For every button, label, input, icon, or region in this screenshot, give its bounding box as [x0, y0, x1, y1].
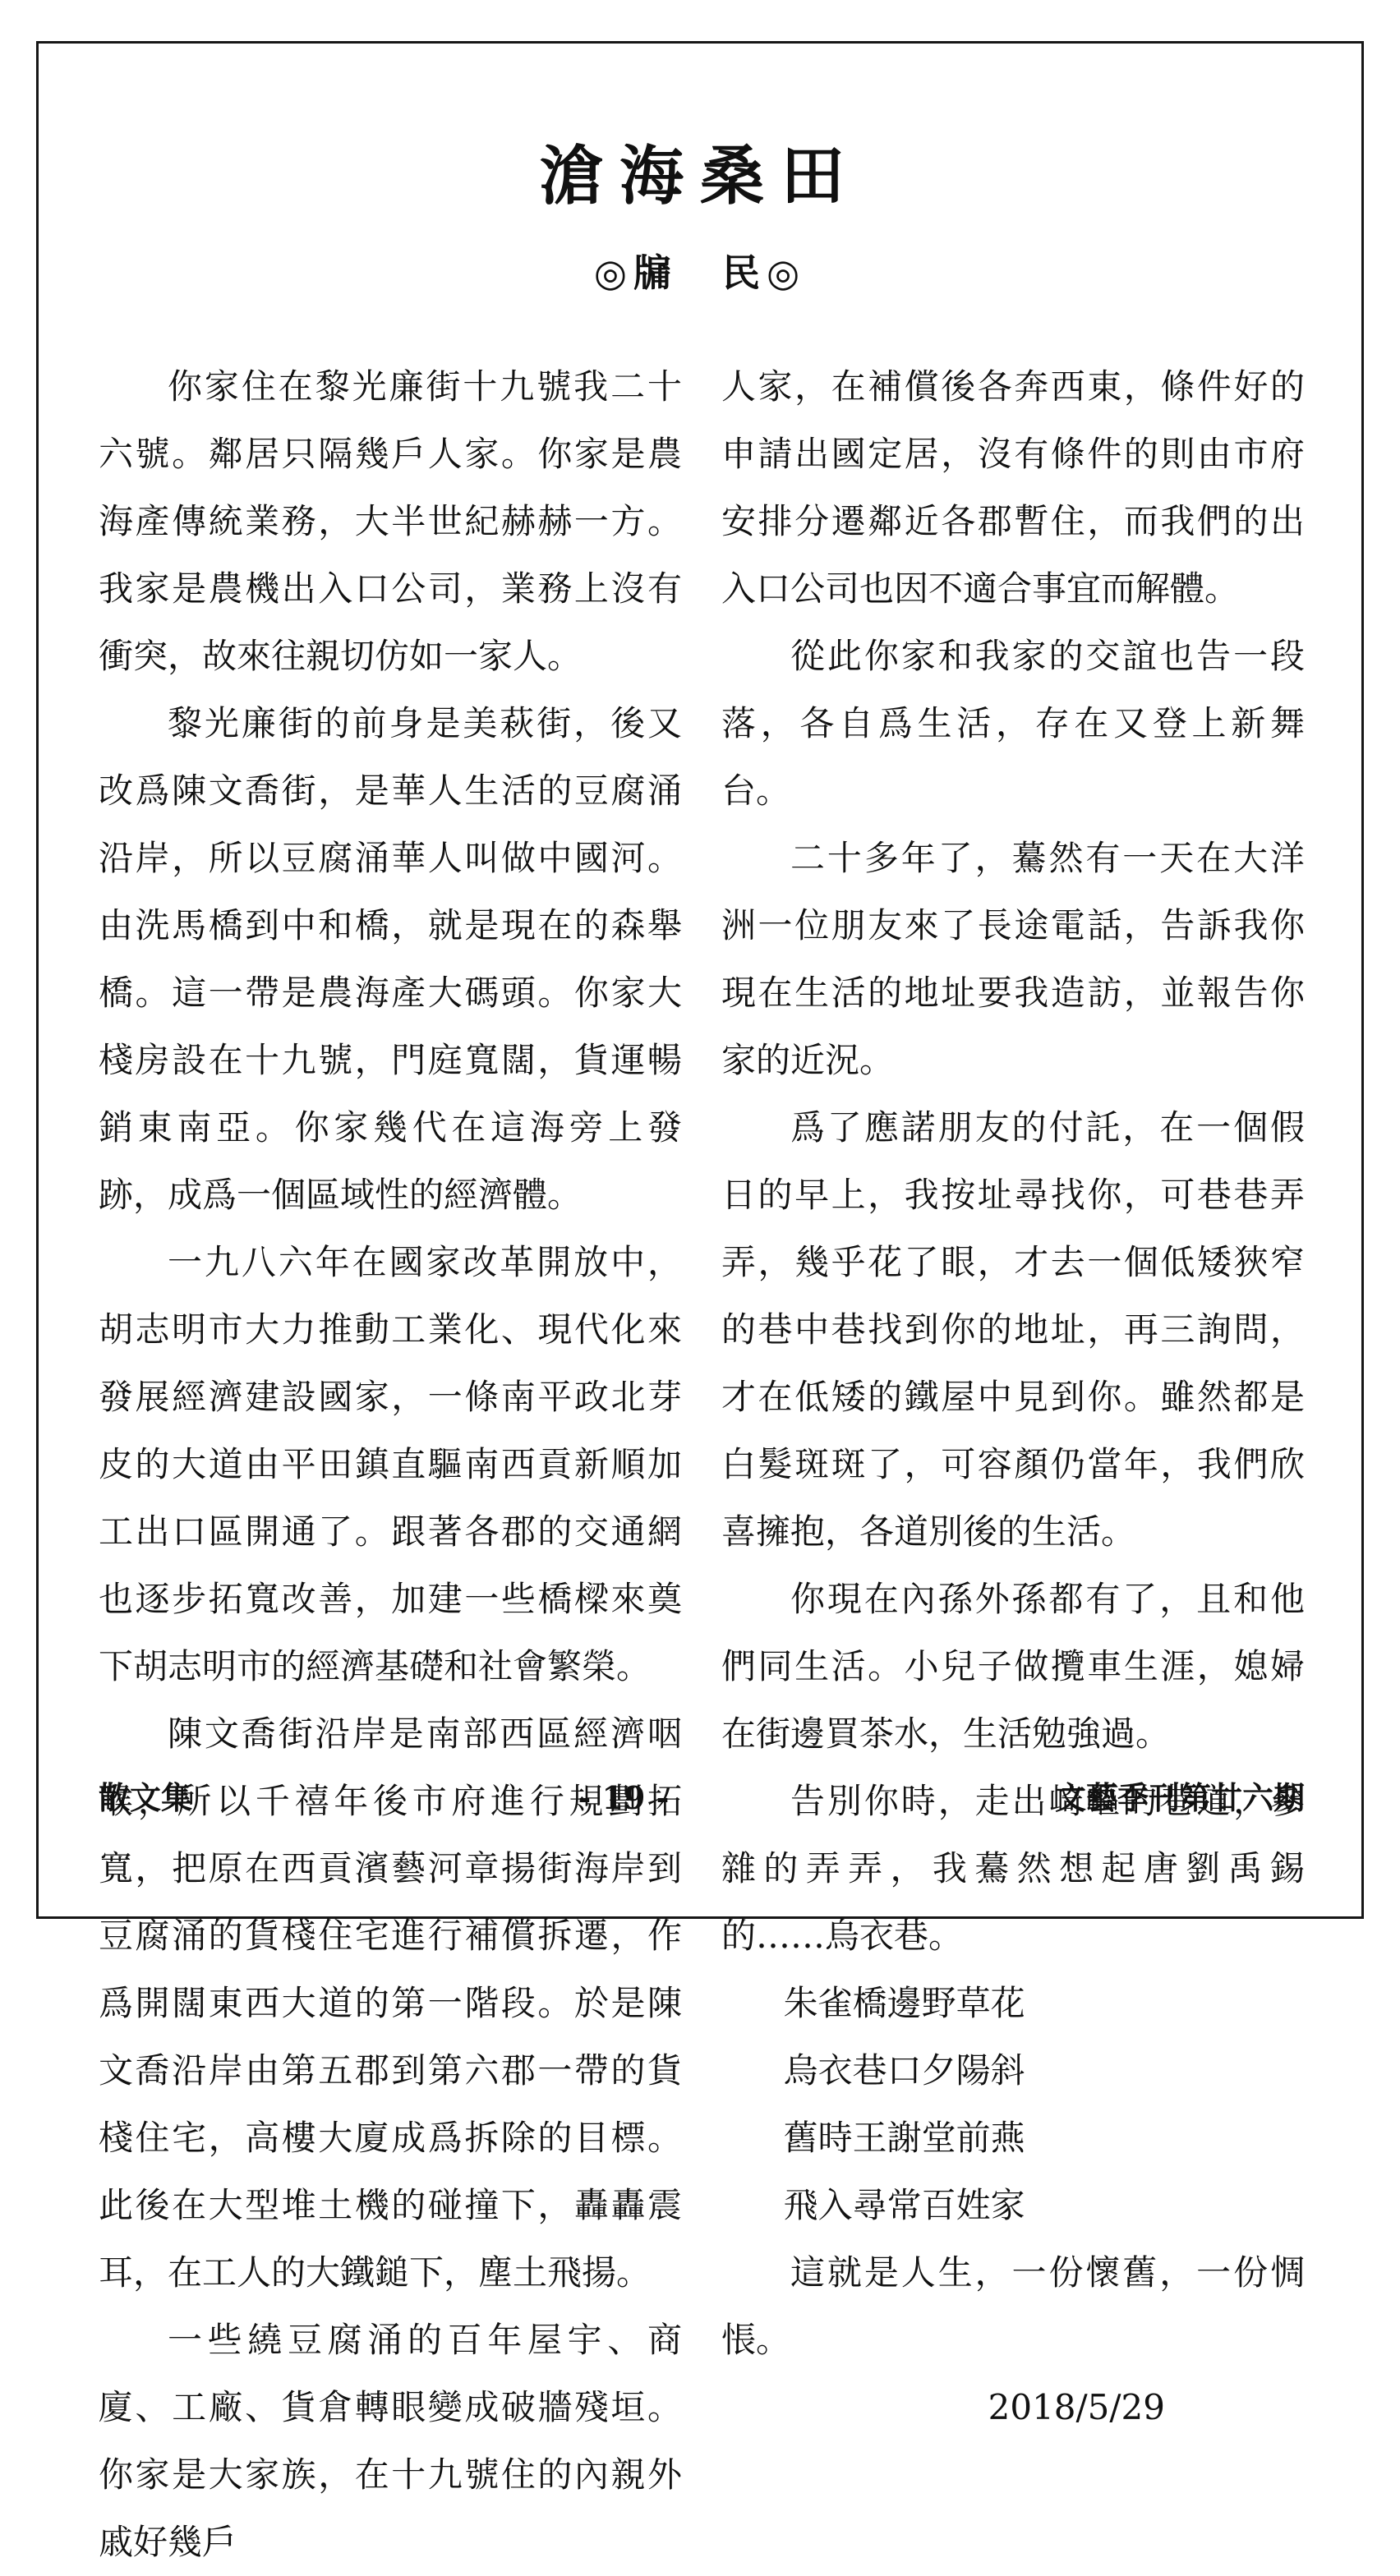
poem-line: 舊時王謝堂前燕: [721, 2104, 1305, 2172]
left-column: 你家住在黎光廉街十九號我二十六號。鄰居只隔幾戶人家。你家是農海產傳統業務，大半世…: [99, 353, 682, 1750]
page-footer: 散文集 - 19 - 文藝季刊第廿六期: [99, 1773, 1305, 1818]
author-byline: ◎牖 民◎: [0, 243, 1400, 297]
closing-line: 這就是人生，一份懷舊，一份惆悵。: [721, 2239, 1305, 2374]
poem-line: 烏衣巷口夕陽斜: [721, 2037, 1305, 2104]
body-paragraph: 爲了應諾朋友的付託，在一個假日的早上，我按址尋找你，可巷巷弄弄，幾乎花了眼，才去…: [721, 1094, 1305, 1566]
page-title: 滄海桑田: [0, 125, 1400, 217]
body-paragraph: 人家，在補償後各奔西東，條件好的申請出國定居，沒有條件的則由市府安排分遷鄰近各郡…: [721, 353, 1305, 623]
poem-line: 飛入尋常百姓家: [721, 2172, 1305, 2239]
page-number: - 19 -: [578, 1779, 670, 1816]
body-paragraph: 一九八六年在國家改革開放中，胡志明市大力推動工業化、現代化來發展經濟建設國家，一…: [99, 1229, 682, 1700]
essay-body: 你家住在黎光廉街十九號我二十六號。鄰居只隔幾戶人家。你家是農海產傳統業務，大半世…: [99, 353, 1305, 1750]
footer-section-label: 散文集: [99, 1773, 192, 1818]
body-paragraph: 從此你家和我家的交誼也告一段落，各自爲生活，存在又登上新舞台。: [721, 623, 1305, 825]
right-column: 人家，在補償後各奔西東，條件好的申請出國定居，沒有條件的則由市府安排分遷鄰近各郡…: [721, 353, 1305, 1750]
document-page: { "page": { "title": "滄海桑田", "author": "…: [0, 0, 1400, 1962]
body-paragraph: 你現在內孫外孫都有了，且和他們同生活。小兒子做攬車生涯，媳婦在街邊買茶水，生活勉…: [721, 1566, 1305, 1768]
body-paragraph: 黎光廉街的前身是美萩街，後又改爲陳文喬街，是華人生活的豆腐涌沿岸，所以豆腐涌華人…: [99, 690, 682, 1229]
footer-journal-label: 文藝季刊第廿六期: [1055, 1773, 1305, 1818]
body-paragraph: 一些繞豆腐涌的百年屋宇、商廈、工廠、貨倉轉眼變成破牆殘垣。你家是大家族，在十九號…: [99, 2307, 682, 2576]
date-line: 2018/5/29: [721, 2374, 1305, 2441]
poem-line: 朱雀橋邊野草花: [721, 1970, 1305, 2037]
body-paragraph: 你家住在黎光廉街十九號我二十六號。鄰居只隔幾戶人家。你家是農海產傳統業務，大半世…: [99, 353, 682, 690]
body-paragraph: 二十多年了，驀然有一天在大洋洲一位朋友來了長途電話，告訴我你現在生活的地址要我造…: [721, 825, 1305, 1094]
